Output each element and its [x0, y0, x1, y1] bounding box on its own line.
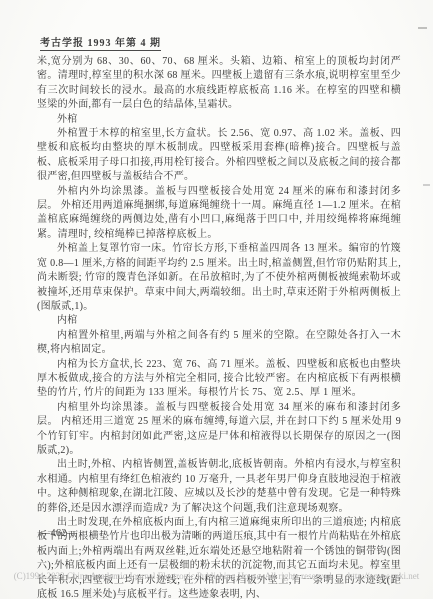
- paragraph: 外棺置于木椁的棺室里,长方盒状。长 2.56、宽 0.97、高 1.02 米。盖…: [37, 127, 401, 185]
- article-body: 米,宽分别为 68、30、60、70、68 厘米。头箱、边箱、棺室上的顶板均封闭…: [37, 55, 401, 599]
- paragraph: 米,宽分别为 68、30、60、70、68 厘米。头箱、边箱、棺室上的顶板均封闭…: [37, 55, 401, 113]
- journal-header: 考古学报 1993 年第 4 期: [40, 34, 161, 51]
- paragraph: 内棺为长方盒状,长 223、宽 76、高 71 厘米。盖板、四壁板和底板也由整块…: [37, 358, 401, 401]
- paragraph: 外棺盖上复罩竹帘一床。竹帘长方形,下垂棺盖四周各 13 厘米。编帘的竹篾宽 0.…: [37, 242, 401, 314]
- paragraph: 出土时发现,在外棺底板内面上,有内棺三道麻绳束所印出的三道痕迹; 内棺底板下的两…: [37, 516, 401, 599]
- scan-artifact: [423, 184, 430, 186]
- page-number: —462—: [40, 528, 78, 539]
- publisher-url: http://www.cnki.net: [348, 571, 419, 581]
- paragraph: 外棺内外均涂黑漆。盖板与四壁板接合处用宽 24 厘米的麻布和漆封闭多层。 外棺还…: [37, 185, 401, 243]
- copyright-footer: (C)1994-2023 China Academic Journal Elec…: [0, 571, 433, 581]
- paragraph: 内棺里外均涂黑漆。盖板与四壁板接合处用宽 34 厘米的麻布和漆封闭多层。 内棺还…: [37, 401, 401, 459]
- paragraph: 内棺置外棺里,两端与外棺之间各有约 5 厘米的空隙。在空隙处各打入一木楔,将内棺…: [37, 329, 401, 358]
- paragraph: 出土时,外棺、内棺皆侧置,盖板皆朝北,底板皆朝南。外棺内有浸水,与椁室积水相通。…: [37, 458, 401, 516]
- section-heading: 内棺: [37, 314, 401, 328]
- copyright-text: (C)1994-2023 China Academic Journal Elec…: [14, 571, 334, 581]
- section-heading: 外棺: [37, 113, 401, 127]
- journal-page: 考古学报 1993 年第 4 期 米,宽分别为 68、30、60、70、68 厘…: [0, 0, 433, 599]
- scan-artifact: [418, 27, 427, 29]
